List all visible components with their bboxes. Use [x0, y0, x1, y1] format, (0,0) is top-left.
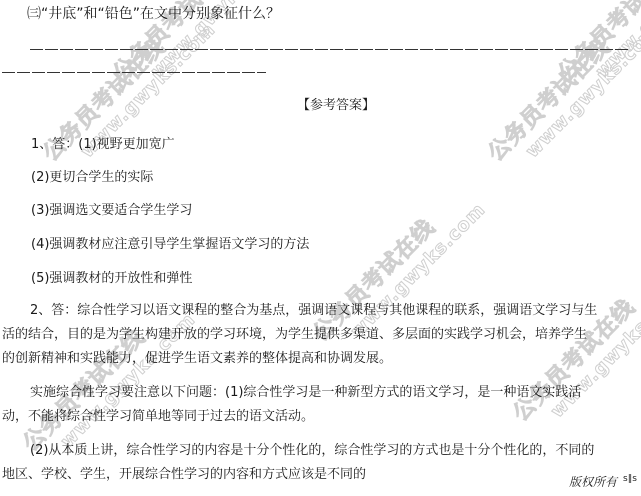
paragraph4-line: 地区、学校、学生，开展综合性学习的内容和方式应该是不同的: [2, 467, 366, 483]
answer2-line: 活的结合，目的是为学生构建开放的学习环境，为学生提供多渠道、多层面的实践学习机会…: [2, 327, 587, 343]
copyright-trailing: s‖s: [623, 474, 637, 484]
paragraph3-line: 动，不能将综合性学习简单地等同于过去的语文活动。: [2, 409, 314, 425]
paragraph3-line: 实施综合性学习要注意以下问题：(1)综合性学习是一种新型方式的语文学习，是一种语…: [30, 385, 581, 401]
answer2-line: 2、答：综合性学习以语文课程的整合为基点，强调语文课程与其他课程的联系，强调语文…: [30, 303, 597, 319]
answer1-item: (3)强调选文要适合学生学习: [31, 203, 192, 219]
question-text: ㈢“井底”和“铅色”在文中分别象征什么？: [27, 6, 280, 22]
answer1-item: (4)强调教材应注意引导学生掌握语文学习的方法: [31, 237, 309, 253]
watermark: 公务员考试在线www.gwyks.com: [555, 0, 641, 101]
answer2-line: 的创新精神和实践能力，促进学生语文素养的整体提高和协调发展。: [2, 351, 392, 367]
answer-header: 【参考答案】: [297, 98, 375, 114]
answer-blank-line-1: [30, 49, 628, 50]
answer1-item: (2)更切合学生的实际: [31, 170, 153, 186]
watermark: 公务员考试在线www.gwyks.com: [485, 2, 641, 181]
copyright-label: 版权所有: [569, 473, 617, 490]
answer-blank-line-2: [2, 72, 266, 73]
answer1-intro: 1、答：(1)视野更加宽广: [31, 137, 175, 153]
answer1-item: (5)强调教材的开放性和弹性: [31, 271, 192, 287]
watermark: 公务员考试在线www.gwyks.com: [510, 262, 641, 441]
paragraph4-line: (2)从本质上讲，综合性学习的内容是十分个性化的，综合性学习的方式也是十分个性化…: [30, 443, 594, 459]
watermark: 公务员考试在线www.gwyks.com: [40, 2, 219, 181]
